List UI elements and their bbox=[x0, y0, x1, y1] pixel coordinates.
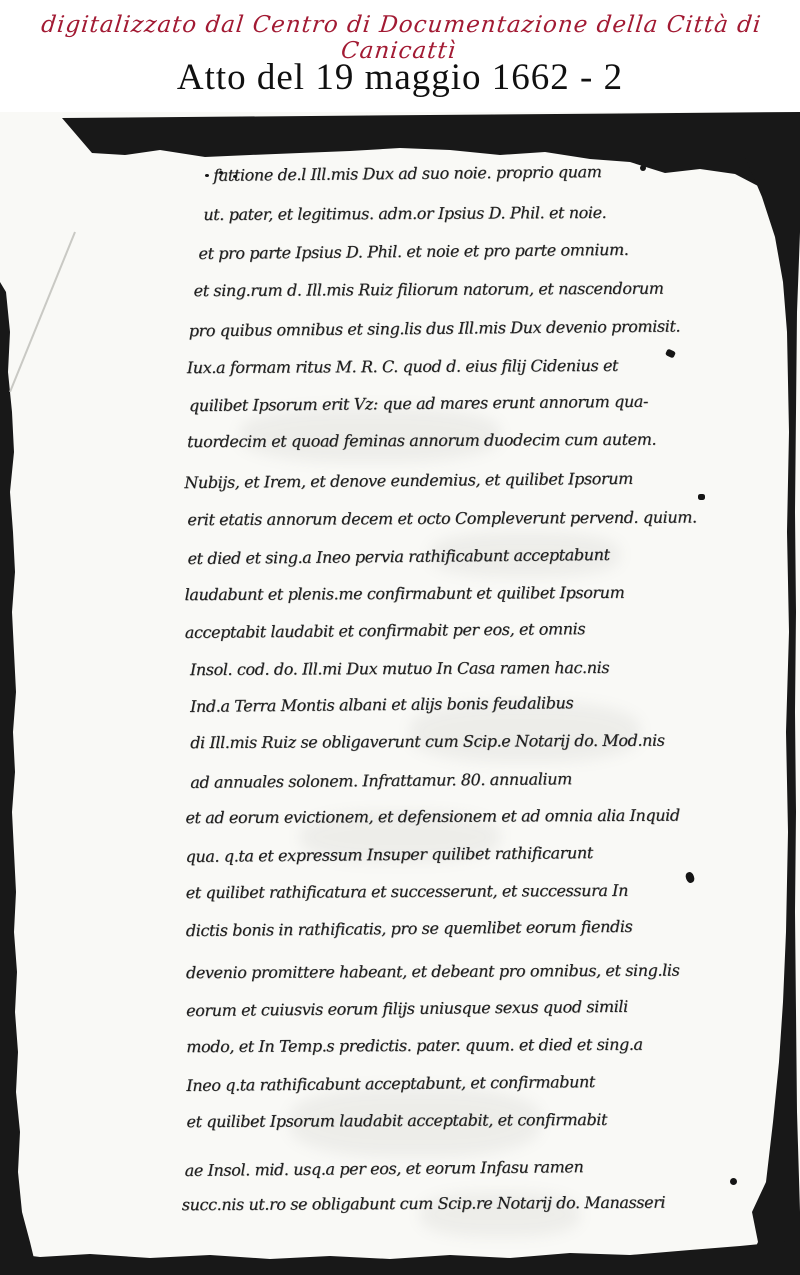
right-border bbox=[742, 152, 800, 1275]
left-border bbox=[0, 282, 38, 1275]
page-root: digitalizzato dal Centro di Documentazio… bbox=[0, 0, 800, 1275]
page-title: Atto del 19 maggio 1662 - 2 bbox=[0, 56, 800, 99]
top-border bbox=[62, 112, 800, 192]
bottom-border bbox=[0, 1240, 800, 1275]
photocopy-borders bbox=[0, 112, 800, 1275]
paper-corner-edge bbox=[10, 232, 75, 392]
manuscript-scan: fattione de.l Ill.mis Dux ad suo noie. p… bbox=[0, 112, 800, 1275]
